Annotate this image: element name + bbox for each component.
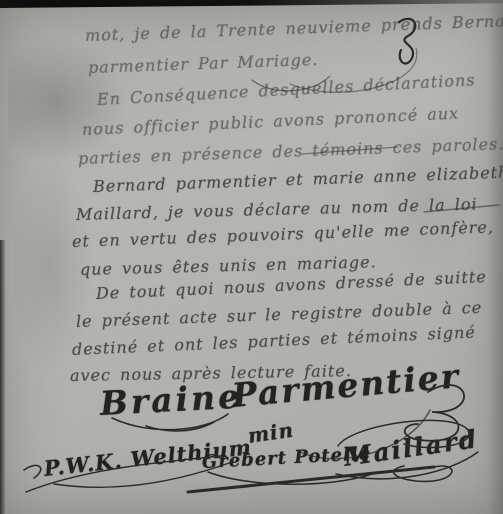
signature-braine: Braine [99, 377, 243, 423]
page-fold-line [487, 0, 503, 514]
scan-left-edge [0, 240, 6, 514]
manuscript-page: mot, je de la Trente neuvieme prends Ber… [0, 0, 503, 514]
